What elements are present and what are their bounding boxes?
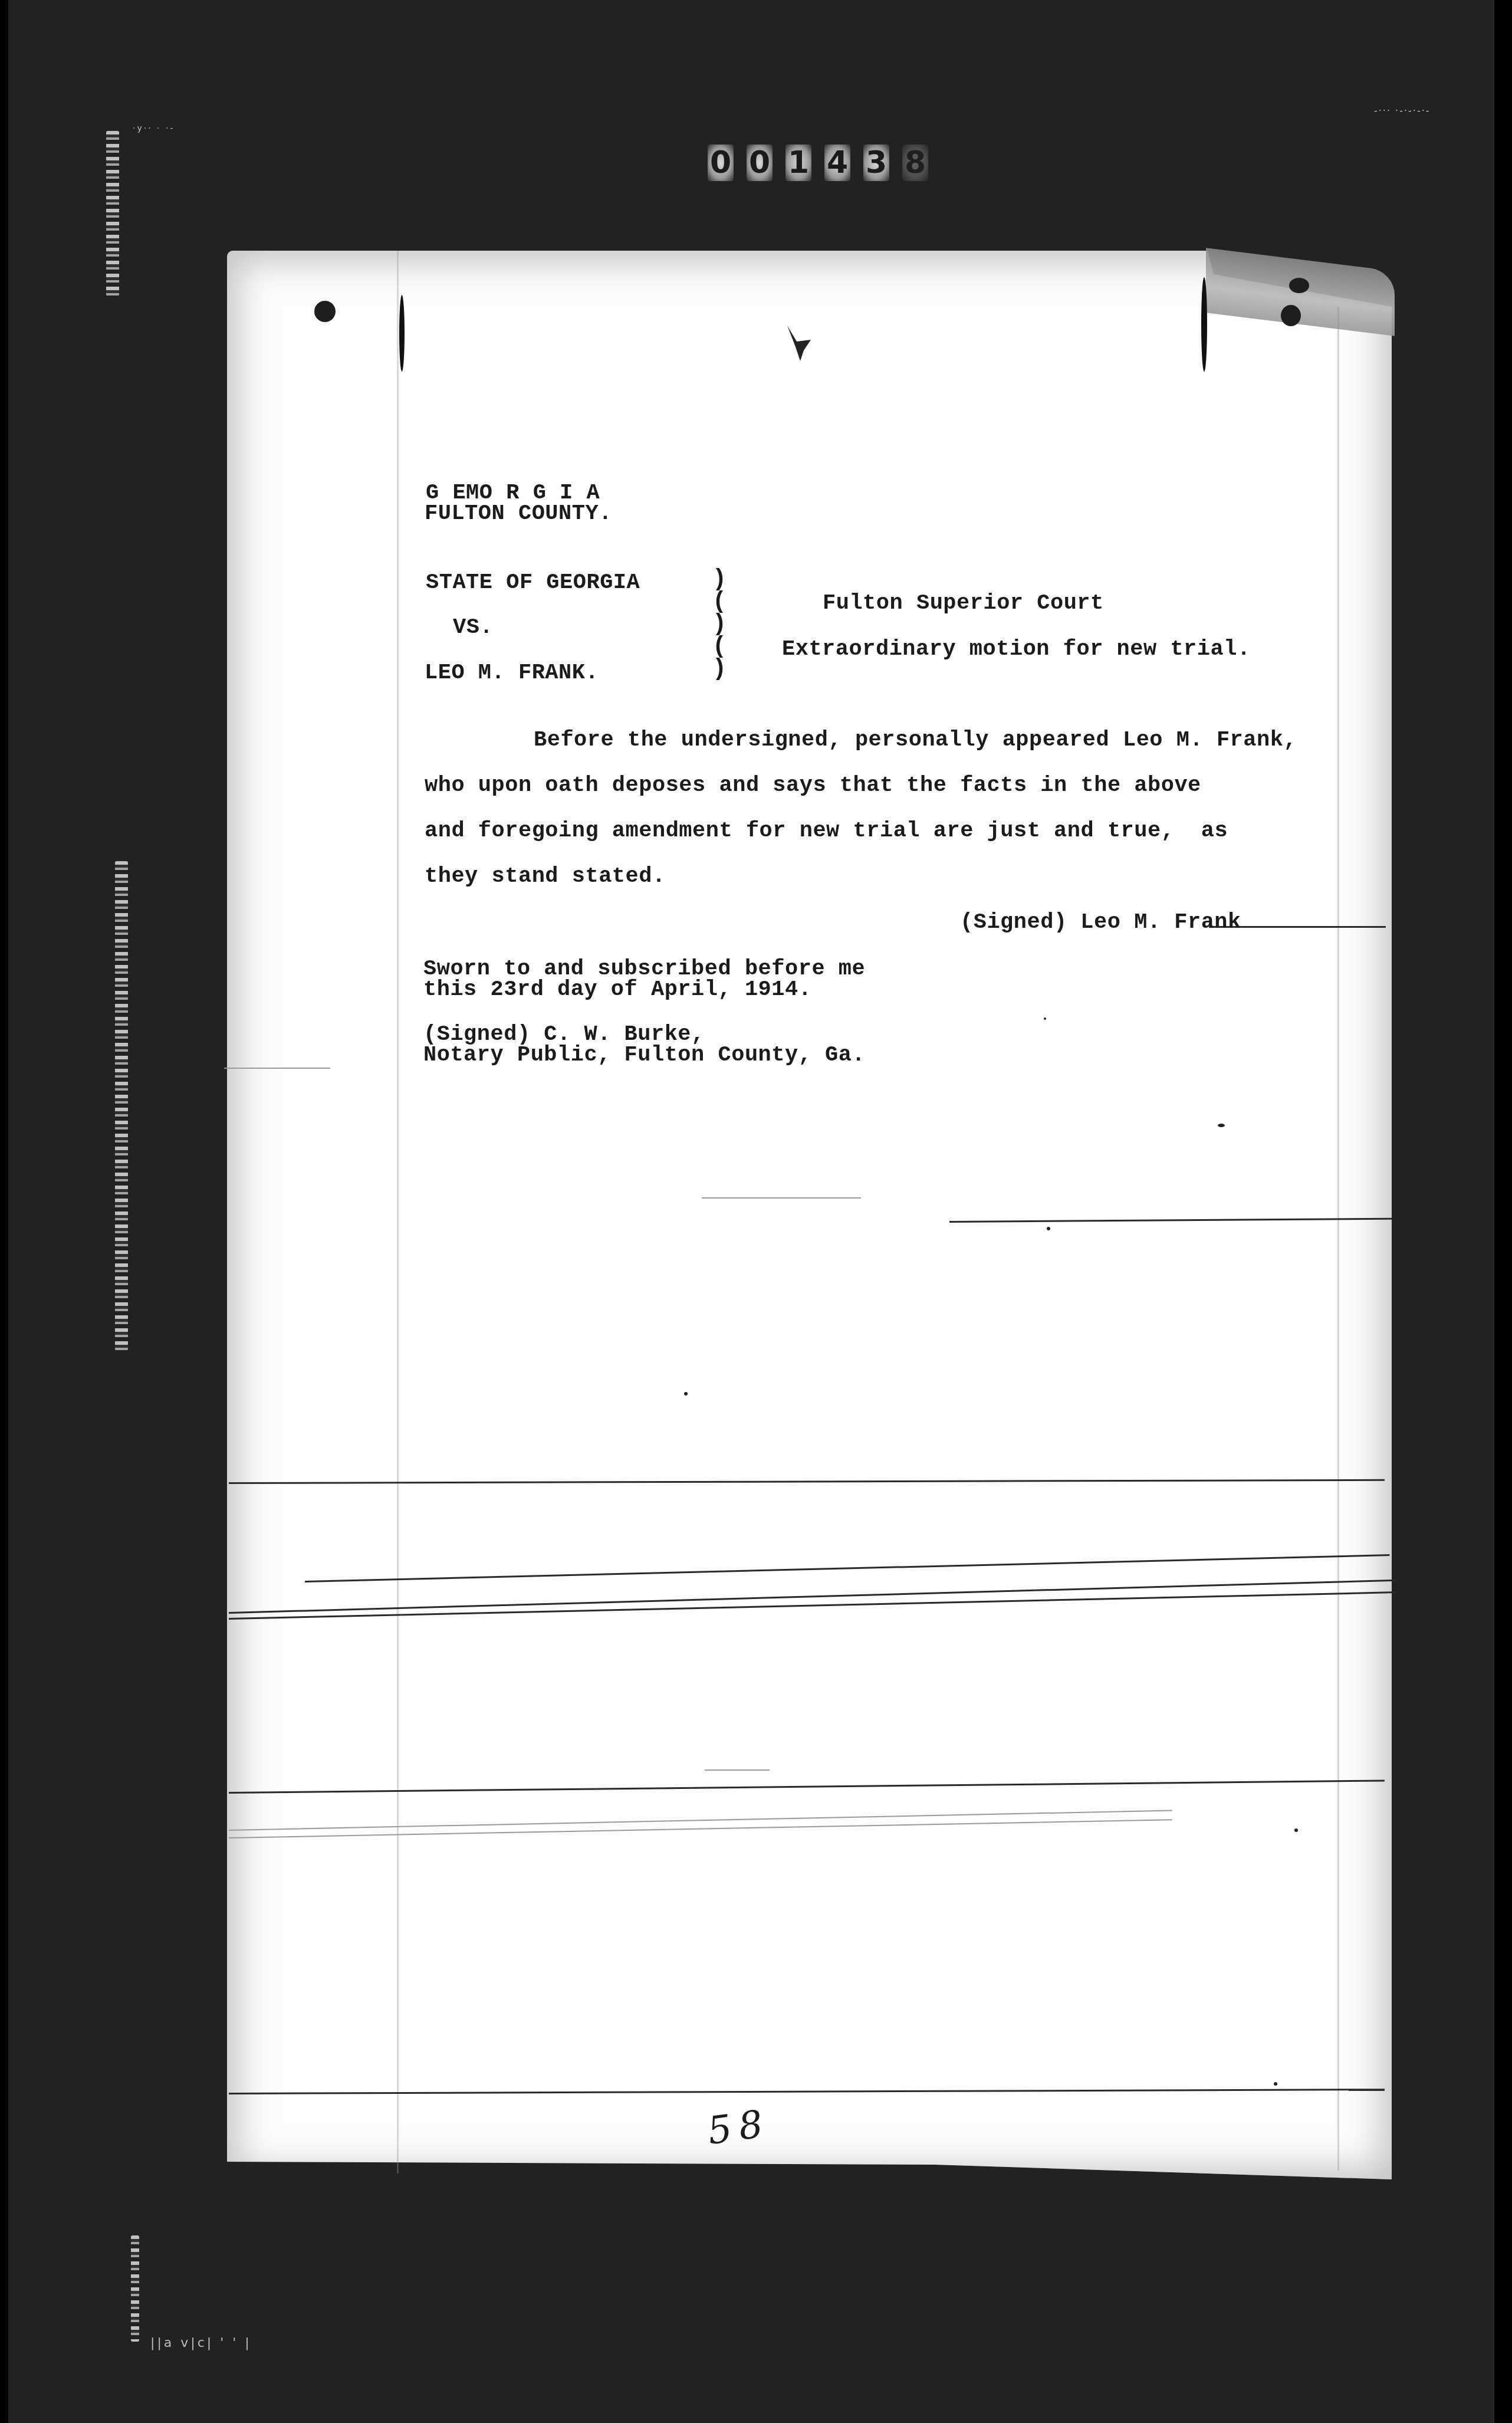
frame-number-stamp: 0 0 1 4 3 8 (708, 145, 928, 186)
fold-crease (1337, 307, 1339, 2171)
ledger-line (705, 1769, 770, 1771)
jurat-line: this 23rd day of April, 1914. (423, 977, 811, 1002)
paper-speck (1047, 1227, 1050, 1230)
frame-digit: 3 (863, 145, 889, 181)
case-versus: VS. (453, 615, 493, 640)
document-page (227, 251, 1392, 2179)
caption-bracket: ) (712, 614, 727, 636)
proceeding-title: Extraordinary motion for new trial. (782, 637, 1251, 662)
paper-speck (1274, 2082, 1277, 2086)
paper-tear-mark (399, 295, 405, 372)
frame-digit: 0 (747, 145, 773, 181)
punch-hole (1289, 278, 1309, 293)
paper-tear-mark (1201, 277, 1207, 372)
film-perforation-strip-bottom (131, 2235, 139, 2342)
affidavit-line: Before the undersigned, personally appea… (534, 728, 1297, 753)
notary-title: Notary Public, Fulton County, Ga. (423, 1043, 865, 1068)
affidavit-line: and foregoing amendment for new trial ar… (425, 819, 1228, 843)
caption-bracket: ) (712, 569, 727, 591)
frame-digit: 1 (785, 145, 811, 181)
punch-hole (314, 301, 336, 322)
case-defendant: LEO M. FRANK. (425, 661, 599, 685)
county-heading: FULTON COUNTY. (425, 501, 612, 526)
paper-speck (1044, 1017, 1046, 1020)
paper-speck (1294, 1828, 1298, 1832)
paper-speck (1218, 1124, 1225, 1127)
court-name: Fulton Superior Court (823, 591, 1104, 616)
film-edge-marks-bottom: ||a v|c| ' ' | (150, 2336, 252, 2350)
frame-digit: 0 (708, 145, 734, 181)
punch-hole (1281, 305, 1301, 326)
scan-edge-right (1494, 0, 1512, 2423)
film-perforation-strip-middle (115, 861, 128, 1351)
ledger-line (702, 1197, 861, 1199)
affiant-signature: (Signed) Leo M. Frank (960, 910, 1241, 935)
film-edge-marks-top-left: ·y·· · ·- (133, 124, 175, 133)
affidavit-line: who upon oath deposes and says that the … (425, 773, 1201, 798)
caption-bracket: ( (712, 592, 727, 613)
caption-bracket: ( (712, 636, 727, 658)
film-perforation-strip-top (106, 131, 119, 296)
paper-speck (684, 1392, 688, 1396)
frame-digit: 8 (902, 145, 928, 181)
film-edge-marks-top-right: -··· ·-·-·-·- (1374, 105, 1431, 116)
scan-edge-left (0, 0, 8, 2423)
fold-crease (397, 251, 399, 2174)
caption-bracket: ) (712, 659, 727, 681)
case-plaintiff: STATE OF GEORGIA (426, 570, 640, 595)
handwritten-page-number: 58 (705, 2102, 773, 2153)
frame-digit: 4 (824, 145, 850, 181)
ledger-line (224, 1068, 330, 1069)
affidavit-line: they stand stated. (425, 864, 666, 889)
